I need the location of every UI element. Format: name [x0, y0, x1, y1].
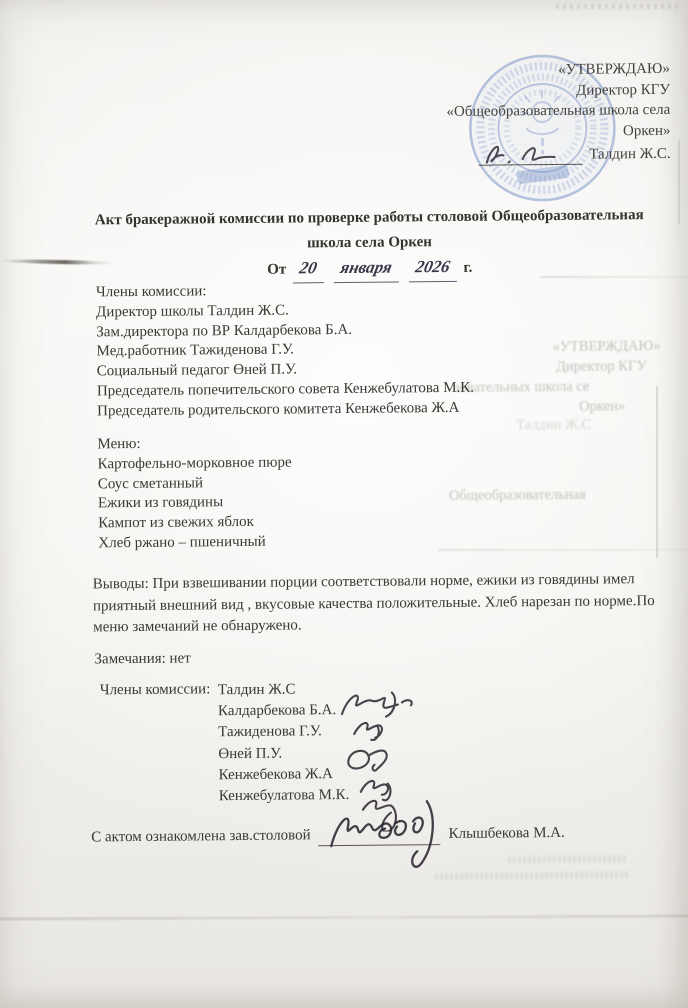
handwritten-year: 2026: [407, 257, 459, 276]
director-signature: [478, 144, 582, 166]
bleedthrough-text: Оркен»: [579, 398, 625, 415]
approval-signer-name: Талдин Ж.С.: [589, 143, 671, 164]
commission-list: Члены комиссии: Директор школы Талдин Ж.…: [96, 280, 474, 422]
handwritten-day: 20: [291, 258, 326, 277]
menu-heading: Меню:: [97, 434, 291, 456]
bleedthrough-text: зовательных школа се: [454, 379, 590, 397]
signing-name: Тажиденова Г.У.: [218, 721, 349, 743]
remarks-line: Замечания: нет: [94, 649, 190, 670]
signature-onei: [348, 751, 387, 771]
approval-block: «УТВЕРЖДАЮ» Директор КГУ «Общеобразовате…: [400, 59, 671, 167]
signing-name: Калдарбекова Б.А.: [218, 700, 349, 722]
approval-line-3: «Общеобразовательная школа села: [400, 100, 670, 123]
signing-names-column: Талдин Ж.С Калдарбекова Б.А. Тажиденова …: [218, 679, 350, 807]
date-day-underline: 20: [293, 257, 324, 283]
ack-signature: [325, 793, 460, 872]
bleedthrough-smudge: [436, 871, 628, 880]
menu-item: Хлеб ржано – пшеничный: [98, 532, 292, 554]
bleedthrough-text: Общеобразовательная: [449, 487, 586, 505]
bleedthrough-text: Талдин Ж.С: [516, 417, 591, 435]
menu-item: Кампот из свежих яблок: [98, 513, 292, 535]
menu-item: Соус сметанный: [98, 473, 292, 495]
approval-signature-line: Талдин Ж.С.: [401, 143, 671, 167]
signature-tazhidenova: [354, 723, 382, 740]
conclusions-paragraph: Выводы: При взвешивании порции соответст…: [93, 569, 656, 639]
date-year-underline: 2026: [409, 256, 457, 282]
approval-line-2: Директор КГУ: [400, 79, 670, 102]
approval-line-1: «УТВЕРЖДАЮ»: [400, 59, 670, 82]
signing-heading: Члены комиссии:: [100, 680, 211, 701]
signature-kaldarbekova: [342, 692, 412, 717]
signing-name: Өней П.У.: [218, 743, 349, 765]
ack-prefix: С актом ознакомлена зав.столовой: [91, 827, 311, 849]
ack-name: Клышбекова М.А.: [449, 824, 565, 845]
menu-item: Картофельно-морковное пюре: [98, 453, 292, 475]
date-from-label: От: [267, 262, 286, 278]
signing-name: Кенжебекова Ж.А: [218, 764, 349, 786]
signing-name: Талдин Ж.С: [218, 679, 349, 701]
scanned-document-page: «УТВЕРЖДАЮ» Директор КГУ «Общеобразовате…: [0, 0, 688, 1008]
document-title: Акт бракеражной комиссии по проверке раб…: [59, 203, 680, 286]
commission-member: Председатель родительского комитета Кенж…: [97, 399, 474, 422]
date-year-suffix: г.: [463, 260, 472, 276]
handwritten-month: января: [332, 257, 401, 277]
menu-list: Меню: Картофельно-морковное пюре Соус см…: [97, 434, 292, 555]
menu-item: Ежики из говядины: [98, 493, 292, 515]
bleedthrough-text: Директор КГУ: [556, 358, 647, 376]
document-content: «УТВЕРЖДАЮ» Директор КГУ «Общеобразовате…: [0, 0, 688, 1008]
bleedthrough-text: «УТВЕРЖДАЮ»: [552, 338, 660, 356]
bleedthrough-smudge: [508, 855, 626, 863]
date-month-underline: января: [334, 256, 399, 283]
